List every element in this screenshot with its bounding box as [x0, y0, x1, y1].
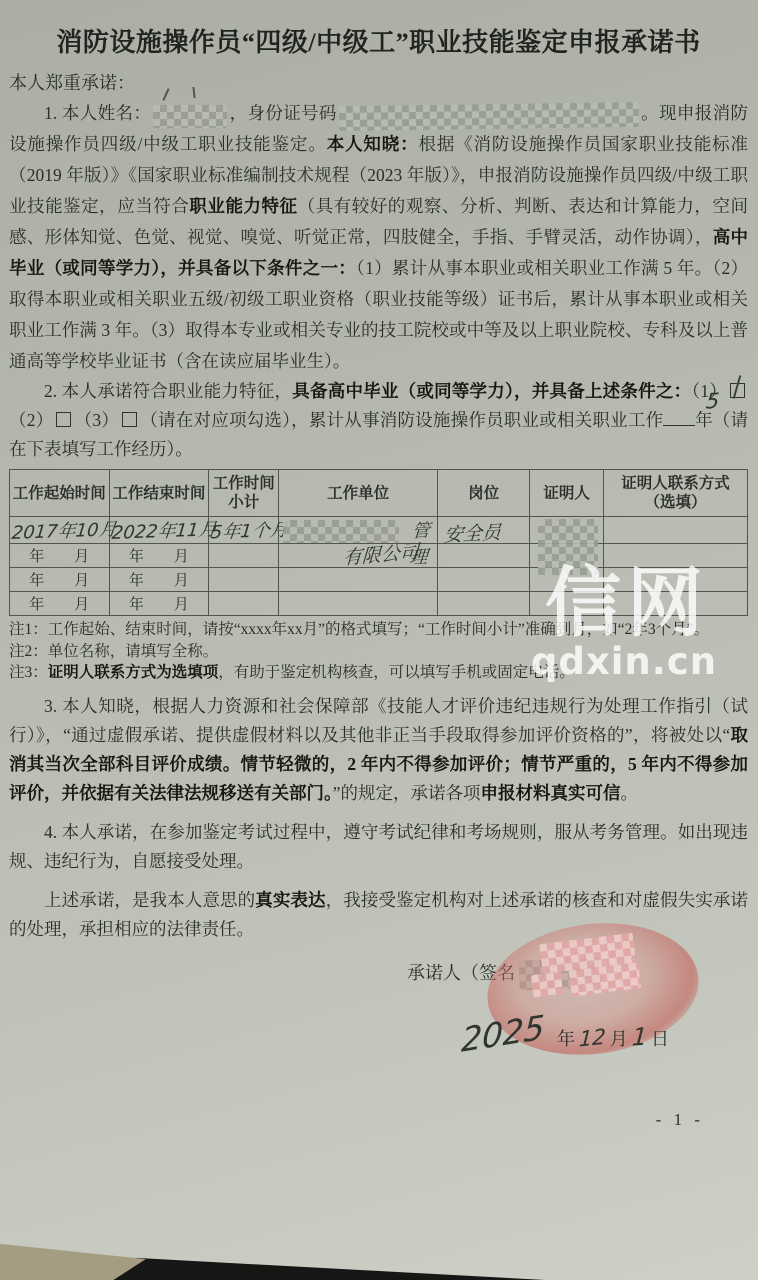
day-unit-label: 日 [651, 1029, 669, 1049]
cell-subtotal [209, 592, 279, 616]
p2-text: 2. 本人承诺符合职业能力特征， [44, 381, 292, 401]
handwritten-year: 2025 [460, 1007, 545, 1060]
p2-option-3-label: （3） [74, 410, 119, 430]
page-number: - 1 - [9, 1110, 748, 1130]
cell-end-time: 2022年11月 [109, 517, 209, 544]
redacted-name-mosaic [153, 105, 227, 128]
cell-witness [530, 517, 604, 544]
p1-text: ，身份证号码 [229, 103, 337, 123]
seal-blur-patch [531, 971, 563, 996]
cell-start-time: 年 月 [10, 544, 110, 568]
cell-post: 安全员 [438, 517, 530, 544]
col-header-subtotal: 工作时间小计 [209, 470, 279, 517]
p5-text: 上述承诺，是我本人意思的 [44, 890, 255, 910]
years-blank-underline: 5 [663, 408, 695, 427]
cell-subtotal [209, 544, 279, 568]
cell-work-unit [279, 592, 438, 616]
photographed-document: 消防设施操作员“四级/中级工”职业技能鉴定申报承诺书 本人郑重承诺： 1. 本人… [0, 0, 758, 1280]
cell-end-time: 年 月 [109, 544, 209, 568]
cell-end-time: 年 月 [109, 568, 209, 592]
checkbox-option-3 [122, 412, 137, 427]
qdxin-watermark: 信网 qdxin.cn [516, 562, 732, 683]
handwritten-start-date: 2017年10月 [11, 515, 118, 545]
note-2-text: 单位名称，请填写全称。 [48, 643, 219, 660]
handwritten-date-line: 2025年12月1日 [461, 1014, 673, 1053]
cell-subtotal: 5年1个月 [209, 517, 279, 544]
watermark-char-wang: 网 [627, 562, 703, 644]
signature-area: 承诺人（签名 2025年12月1日 [9, 958, 748, 1076]
handwritten-post: 安全员 [443, 517, 502, 547]
handwritten-years-value: 5 [670, 386, 721, 418]
note-2-label: 注2： [9, 643, 48, 660]
p3-text: ”的规定，承诺各项 [333, 783, 481, 803]
p2-option-2-label: （2） [9, 410, 53, 430]
checkbox-option-2 [56, 412, 71, 427]
watermark-site-url: qdxin.cn [516, 640, 732, 683]
table-row-1: 2017年10月 2022年11月 5年1个月 管理 有限公司 安全员 [10, 517, 748, 544]
cell-end-time: 年 月 [109, 592, 209, 616]
handwritten-day: 1 [631, 1022, 648, 1051]
note-1-label: 注1： [9, 621, 48, 638]
cell-start-time: 年 月 [10, 592, 110, 616]
cell-work-unit [279, 568, 438, 592]
document-title: 消防设施操作员“四级/中级工”职业技能鉴定申报承诺书 [9, 26, 748, 60]
table-header-row: 工作起始时间 工作结束时间 工作时间小计 工作单位 岗位 证明人 证明人联系方式… [10, 470, 748, 517]
paragraph-1: 1. 本人姓名：，身份证号码。现申报消防设施操作员四级/中级工职业技能鉴定。本人… [9, 98, 748, 377]
p1-text: 1. 本人姓名： [44, 103, 151, 123]
note-3-bold-text: 证明人联系方式为选填项 [48, 664, 219, 681]
p5-text-bold: 真实表达 [255, 890, 325, 910]
col-header-witness-contact: 证明人联系方式（选填） [604, 470, 748, 517]
checkbox-option-1 [730, 383, 745, 398]
paragraph-4: 4. 本人承诺，在参加鉴定考试过程中，遵守考试纪律和考场规则，服从考务管理。如出… [9, 818, 748, 876]
handwritten-month: 12 [578, 1024, 606, 1051]
p2-text-bold: 具备高中毕业（或同等学力），并具备上述条件之： [292, 381, 691, 401]
handwritten-checkmark [733, 375, 742, 399]
cell-work-unit: 管理 有限公司 [279, 517, 438, 544]
col-header-start-time: 工作起始时间 [10, 470, 110, 517]
p3-text: 3. 本人知晓，根据人力资源和社会保障部《技能人才评价违纪违规行为处理工作指引（… [9, 696, 748, 745]
col-header-end-time: 工作结束时间 [109, 470, 209, 517]
watermark-char-xin: 信 [545, 562, 621, 644]
cell-start-time: 年 月 [10, 568, 110, 592]
cell-subtotal [209, 568, 279, 592]
year-unit-label: 年 [557, 1029, 575, 1049]
p3-text-bold: 申报材料真实可信 [481, 783, 621, 803]
handwritten-subtotal: 5年1个月 [210, 516, 290, 545]
p1-text-bold: 本人知晓： [327, 134, 419, 154]
cell-witness-contact [604, 517, 748, 544]
col-header-witness: 证明人 [530, 470, 604, 517]
p3-text: 。 [621, 783, 639, 803]
handwritten-end-date: 2022年11月 [110, 515, 217, 545]
p2-text: （请在对应项勾选），累计从事消防设施操作员职业或相关职业工作 [140, 410, 663, 430]
watermark-logo: 信网 [516, 562, 732, 644]
paragraph-3: 3. 本人知晓，根据人力资源和社会保障部《技能人才评价违纪违规行为处理工作指引（… [9, 692, 748, 808]
note-3-label: 注3： [9, 664, 48, 681]
opening-line: 本人郑重承诺： [9, 70, 748, 96]
col-header-work-unit: 工作单位 [279, 470, 438, 517]
cell-start-time: 2017年10月 [10, 517, 110, 544]
col-header-post: 岗位 [438, 470, 530, 517]
month-unit-label: 月 [610, 1029, 628, 1049]
p1-text-bold: 职业能力特征 [189, 196, 297, 216]
redacted-id-number-mosaic [339, 102, 639, 131]
paragraph-2: 2. 本人承诺符合职业能力特征，具备高中毕业（或同等学力），并具备上述条件之：（… [9, 377, 748, 464]
